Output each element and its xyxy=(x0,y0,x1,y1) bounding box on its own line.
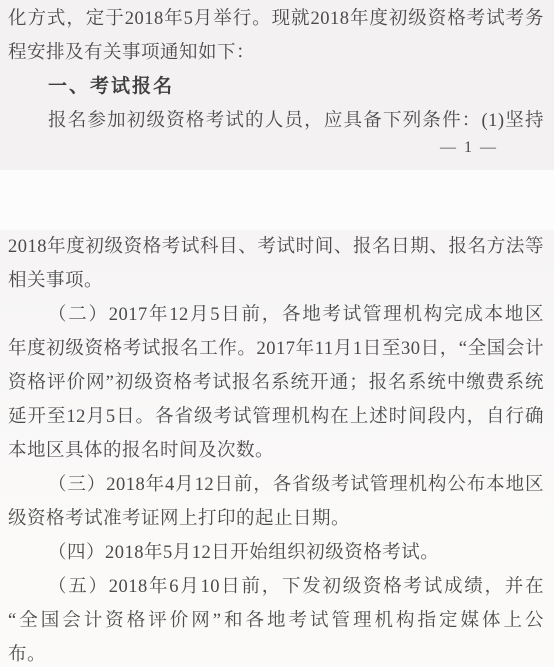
body-line: （五）2018年6月10日前，下发初级资格考试成绩，并在 xyxy=(8,570,544,604)
body-line: 本地区具体的报名时间及次数。 xyxy=(8,434,544,468)
document-page-2: 2018年度初级资格考试科目、考试时间、报名日期、报名方法等 相关事项。 （二）… xyxy=(0,230,554,667)
body-line: （二）2017年12月5日前，各地考试管理机构完成本地区2018 xyxy=(8,298,544,332)
body-line: 相关事项。 xyxy=(8,264,544,298)
body-line: “全国会计资格评价网”和各地考试管理机构指定媒体上公 xyxy=(8,604,544,638)
body-line: （四）2018年5月12日开始组织初级资格考试。 xyxy=(8,536,544,570)
body-line: 资格评价网”初级资格考试报名系统开通；报名系统中缴费系统 xyxy=(8,366,544,400)
body-line: 年度初级资格考试报名工作。2017年11月1日至30日，“全国会计 xyxy=(8,332,544,366)
body-line: 2018年度初级资格考试科目、考试时间、报名日期、报名方法等 xyxy=(8,230,544,264)
body-line: 报名参加初级资格考试的人员，应具备下列条件：(1)坚持原 xyxy=(8,104,544,138)
body-line: （三）2018年4月12日前，各省级考试管理机构公布本地区初 xyxy=(8,468,544,502)
body-line: 延开至12月5日。各省级考试管理机构在上述时间段内，自行确定 xyxy=(8,400,544,434)
section-heading: 一、考试报名 xyxy=(8,70,544,104)
body-line: 程安排及有关事项通知如下： xyxy=(8,36,544,70)
body-line: 化方式，定于2018年5月举行。现就2018年度初级资格考试考务日 xyxy=(8,2,544,36)
page-number: — 1 — xyxy=(8,138,544,158)
page-break-gap xyxy=(0,170,554,230)
body-line: 级资格考试准考证网上打印的起止日期。 xyxy=(8,502,544,536)
body-line: 布。 xyxy=(8,638,544,667)
document-page-1: 化方式，定于2018年5月举行。现就2018年度初级资格考试考务日 程安排及有关… xyxy=(0,0,554,170)
